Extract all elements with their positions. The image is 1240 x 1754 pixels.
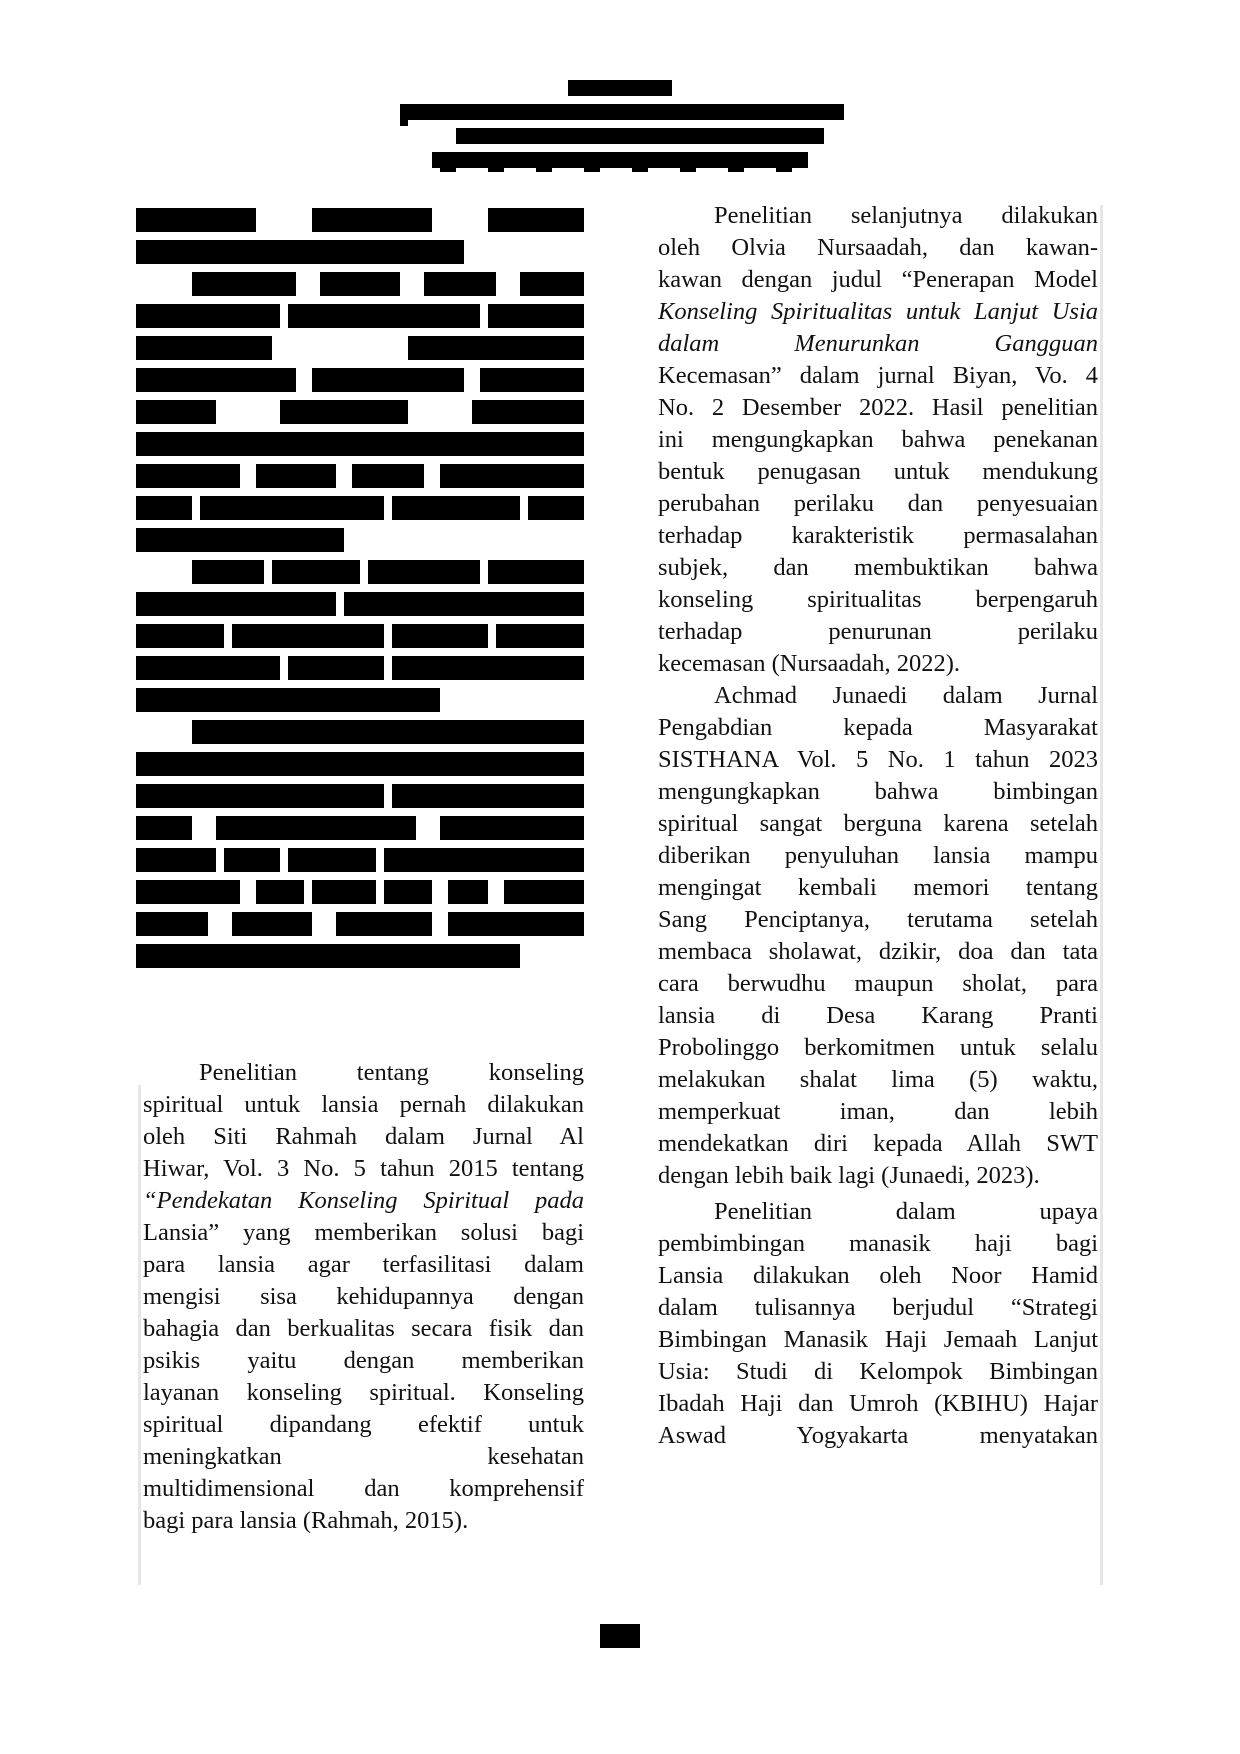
right-column: Penelitian selanjutnya dilakukan oleh Ol…: [658, 200, 1098, 1452]
text-line: psikis yaitu dengan memberikan: [143, 1345, 584, 1377]
text-line: membaca sholawat, dzikir, doa dan tata: [658, 936, 1098, 968]
text-line: Sang Penciptanya, terutama setelah: [658, 904, 1098, 936]
text-line: bagi para lansia (Rahmah, 2015).: [143, 1505, 584, 1537]
text-line: Ibadah Haji dan Umroh (KBIHU) Hajar: [658, 1388, 1098, 1420]
text-line-italic-title: “Pendekatan Konseling Spiritual pada: [143, 1185, 584, 1217]
text-line: spiritual dipandang efektif untuk: [143, 1409, 584, 1441]
text-line: oleh Olvia Nursaadah, dan kawan-: [658, 232, 1098, 264]
redacted-title-line-3-ticks: [440, 166, 800, 172]
text-line-italic-title: Konseling Spiritualitas untuk Lanjut Usi…: [658, 296, 1098, 328]
text-line: subjek, dan membuktikan bahwa: [658, 552, 1098, 584]
text-line: memperkuat iman, dan lebih: [658, 1096, 1098, 1128]
text-line: Kecemasan” dalam jurnal Biyan, Vo. 4: [658, 360, 1098, 392]
text-line: Pengabdian kepada Masyarakat: [658, 712, 1098, 744]
text-line: pembimbingan manasik haji bagi: [658, 1228, 1098, 1260]
text-line: Achmad Junaedi dalam Jurnal: [658, 680, 1098, 712]
text-line: Lansia” yang memberikan solusi bagi: [143, 1217, 584, 1249]
scan-edge-mark-left: [138, 1085, 141, 1585]
text-line: kecemasan (Nursaadah, 2022).: [658, 648, 1098, 680]
redacted-left-column-text: [136, 200, 586, 1055]
text-line: terhadap karakteristik permasalahan: [658, 520, 1098, 552]
redacted-title-line-1: [400, 104, 844, 120]
text-line: multidimensional dan komprehensif: [143, 1473, 584, 1505]
text-line: Penelitian selanjutnya dilakukan: [658, 200, 1098, 232]
text-line: mendekatkan diri kepada Allah SWT: [658, 1128, 1098, 1160]
redacted-running-head: [568, 80, 672, 96]
text-line: layanan konseling spiritual. Konseling: [143, 1377, 584, 1409]
text-line: dengan lebih baik lagi (Junaedi, 2023).: [658, 1160, 1098, 1192]
paragraph-nursaadah: Penelitian selanjutnya dilakukan oleh Ol…: [658, 200, 1098, 680]
text-line: ini mengungkapkan bahwa penekanan: [658, 424, 1098, 456]
text-line: perubahan perilaku dan penyesuaian: [658, 488, 1098, 520]
page-header: [0, 0, 1240, 180]
redacted-title-line-2: [456, 128, 824, 144]
text-line: melakukan shalat lima (5) waktu,: [658, 1064, 1098, 1096]
paragraph-junaedi: Achmad Junaedi dalam Jurnal Pengabdian k…: [658, 680, 1098, 1192]
left-column-paragraph: Penelitian tentang konseling spiritual u…: [143, 1057, 584, 1537]
text-line: SISTHANA Vol. 5 No. 1 tahun 2023: [658, 744, 1098, 776]
paragraph-hamid: Penelitian dalam upaya pembimbingan mana…: [658, 1196, 1098, 1452]
text-line: mengungkapkan bahwa bimbingan: [658, 776, 1098, 808]
text-line: diberikan penyuluhan lansia mampu: [658, 840, 1098, 872]
text-line: bentuk penugasan untuk mendukung: [658, 456, 1098, 488]
text-line: mengisi sisa kehidupannya dengan: [143, 1281, 584, 1313]
text-line: konseling spiritualitas berpengaruh: [658, 584, 1098, 616]
text-line: bahagia dan berkualitas secara fisik dan: [143, 1313, 584, 1345]
scan-edge-mark-right: [1100, 205, 1103, 1585]
text-line: cara berwudhu maupun sholat, para: [658, 968, 1098, 1000]
text-line: Penelitian dalam upaya: [658, 1196, 1098, 1228]
text-line: No. 2 Desember 2022. Hasil penelitian: [658, 392, 1098, 424]
text-line: Aswad Yogyakarta menyatakan: [658, 1420, 1098, 1452]
redacted-page-number: [600, 1624, 640, 1648]
text-line: dalam tulisannya berjudul “Strategi: [658, 1292, 1098, 1324]
text-line: oleh Siti Rahmah dalam Jurnal Al: [143, 1121, 584, 1153]
text-line: terhadap penurunan perilaku: [658, 616, 1098, 648]
text-line: Lansia dilakukan oleh Noor Hamid: [658, 1260, 1098, 1292]
text-line: Hiwar, Vol. 3 No. 5 tahun 2015 tentang: [143, 1153, 584, 1185]
redacted-title-line-1-tail: [400, 118, 408, 126]
text-line: para lansia agar terfasilitasi dalam: [143, 1249, 584, 1281]
text-line: meningkatkan kesehatan: [143, 1441, 584, 1473]
text-line: Bimbingan Manasik Haji Jemaah Lanjut: [658, 1324, 1098, 1356]
text-line: lansia di Desa Karang Pranti: [658, 1000, 1098, 1032]
text-line: spiritual sangat berguna karena setelah: [658, 808, 1098, 840]
text-line: mengingat kembali memori tentang: [658, 872, 1098, 904]
text-line: Usia: Studi di Kelompok Bimbingan: [658, 1356, 1098, 1388]
text-line: Probolinggo berkomitmen untuk selalu: [658, 1032, 1098, 1064]
text-line-italic-title: dalam Menurunkan Gangguan: [658, 328, 1098, 360]
text-line: kawan dengan judul “Penerapan Model: [658, 264, 1098, 296]
text-line: spiritual untuk lansia pernah dilakukan: [143, 1089, 584, 1121]
text-line: Penelitian tentang konseling: [143, 1057, 584, 1089]
